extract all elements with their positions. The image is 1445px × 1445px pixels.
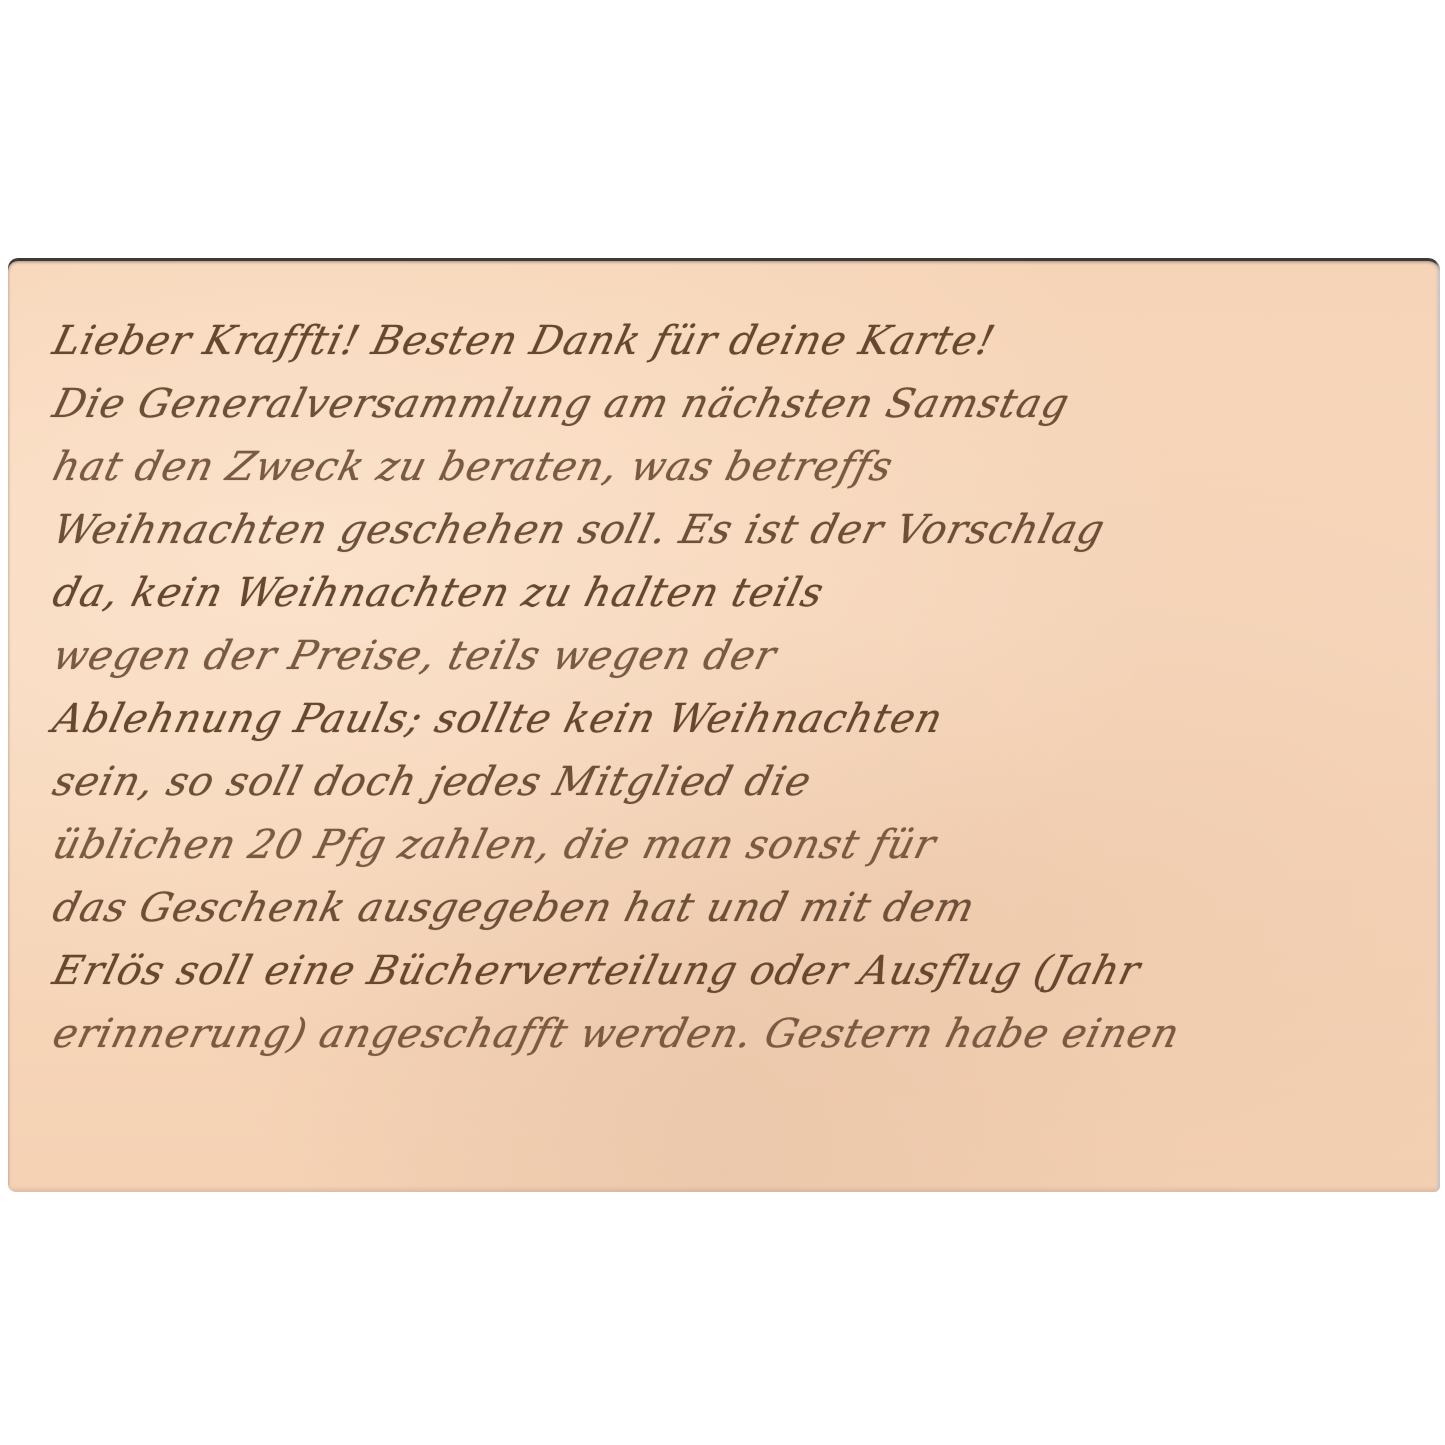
handwriting-line-11: Erlös soll eine Bücherverteilung oder Au…: [46, 940, 1426, 1003]
handwritten-text: Lieber Kraffti! Besten Dank für deine Ka…: [46, 310, 1416, 1066]
handwriting-line-8: sein, so soll doch jedes Mitglied die: [46, 751, 1426, 814]
handwriting-line-9: üblichen 20 Pfg zahlen, die man sonst fü…: [46, 814, 1426, 877]
handwriting-line-10: das Geschenk ausgegeben hat und mit dem: [46, 877, 1426, 940]
handwriting-line-7: Ablehnung Pauls; sollte kein Weihnachten: [46, 688, 1426, 751]
page-background: Lieber Kraffti! Besten Dank für deine Ka…: [0, 0, 1445, 1445]
handwriting-line-6: wegen der Preise, teils wegen der: [46, 625, 1426, 688]
postcard: Lieber Kraffti! Besten Dank für deine Ka…: [8, 258, 1440, 1192]
handwriting-line-3: hat den Zweck zu beraten, was betreffs: [46, 436, 1426, 499]
handwriting-line-2: Die Generalversammlung am nächsten Samst…: [46, 373, 1426, 436]
handwriting-line-4: Weihnachten geschehen soll. Es ist der V…: [46, 499, 1426, 562]
handwriting-line-5: da, kein Weihnachten zu halten teils: [46, 562, 1426, 625]
handwriting-line-1: Lieber Kraffti! Besten Dank für deine Ka…: [46, 310, 1426, 373]
handwriting-line-12: erinnerung) angeschafft werden. Gestern …: [46, 1003, 1426, 1066]
